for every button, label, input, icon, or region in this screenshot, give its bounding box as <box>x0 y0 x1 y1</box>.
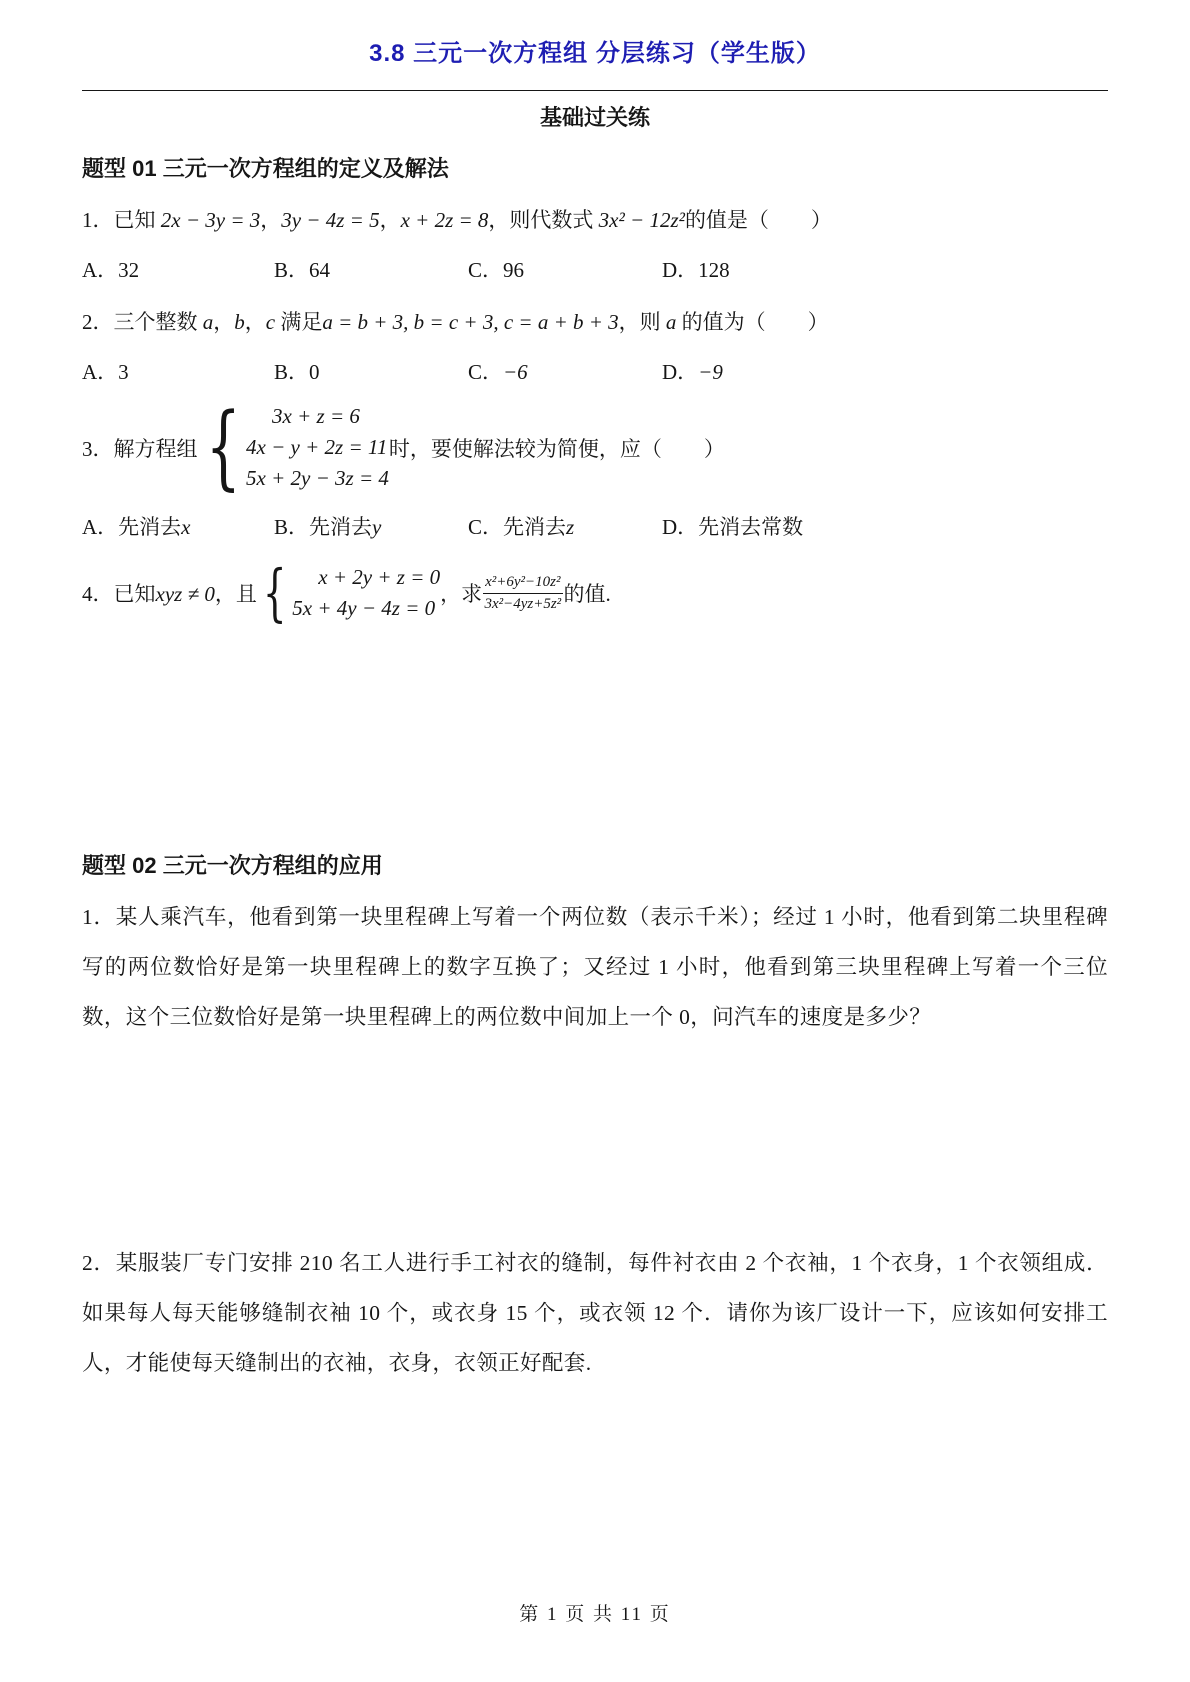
option-b: B．0 <box>274 357 468 387</box>
left-brace-glyph: { <box>263 565 287 621</box>
option-d: D．128 <box>662 255 1108 285</box>
question-3-prefix: 3．解方程组 <box>82 433 198 463</box>
fraction-numerator: x²+6y²−10z² <box>483 573 562 594</box>
option-a: A．先消去x <box>82 512 274 542</box>
question-4-prefix: 4．已知xyz ≠ 0，且 <box>82 578 257 608</box>
option-a: A．3 <box>82 357 274 387</box>
equation-2: 5x + 4y − 4z = 0 <box>292 593 440 624</box>
application-question-2: 2．某服装厂专门安排 210 名工人进行手工衬衣的缝制，每件衬衣由 2 个衣袖，… <box>82 1238 1108 1388</box>
left-brace-glyph: { <box>205 406 240 489</box>
option-c: C．−6 <box>468 357 662 387</box>
option-d: D．−9 <box>662 357 1108 387</box>
option-c: C．先消去z <box>468 512 662 542</box>
topic-02-heading: 题型 02 三元一次方程组的应用 <box>82 852 1108 880</box>
question-3-text: 3．解方程组 { 3x + z = 6 4x − y + 2z = 11 5x … <box>82 401 1108 494</box>
equation-1: 3x + z = 6 <box>246 401 389 432</box>
option-b: B．64 <box>274 255 468 285</box>
option-a: A．32 <box>82 255 274 285</box>
question-3-options: A．先消去x B．先消去y C．先消去z D．先消去常数 <box>82 512 1108 542</box>
fraction-expression: x²+6y²−10z² 3x²−4yz+5z² <box>483 573 562 614</box>
question-4-suffix: 的值. <box>564 578 611 608</box>
equation-1: x + 2y + z = 0 <box>292 562 440 593</box>
equation-3: 5x + 2y − 3z = 4 <box>246 463 389 494</box>
page-number-footer: 第 1 页 共 11 页 <box>0 1599 1190 1626</box>
question-1-text: 1．已知 2x − 3y = 3，3y − 4z = 5，x + 2z = 8，… <box>82 205 1108 235</box>
question-2-text: 2．三个整数 a，b，c 满足a = b + 3, b = c + 3, c =… <box>82 307 1108 337</box>
question-4-mid: ，求 <box>440 578 482 608</box>
question-1-options: A．32 B．64 C．96 D．128 <box>82 255 1108 285</box>
option-b: B．先消去y <box>274 512 468 542</box>
document-title: 3.8 三元一次方程组 分层练习（学生版） <box>82 38 1108 70</box>
header-divider <box>82 90 1108 91</box>
equation-system: 3x + z = 6 4x − y + 2z = 11 5x + 2y − 3z… <box>246 401 389 494</box>
topic-01-heading: 题型 01 三元一次方程组的定义及解法 <box>82 155 1108 183</box>
option-d: D．先消去常数 <box>662 512 1108 542</box>
section-title-basic-practice: 基础过关练 <box>82 103 1108 133</box>
question-4-text: 4．已知xyz ≠ 0，且 { x + 2y + z = 0 5x + 4y −… <box>82 562 1108 624</box>
page-content: 3.8 三元一次方程组 分层练习（学生版） 基础过关练 题型 01 三元一次方程… <box>0 0 1190 1388</box>
application-question-1: 1．某人乘汽车，他看到第一块里程碑上写着一个两位数（表示千米）；经过 1 小时，… <box>82 892 1108 1042</box>
question-2-options: A．3 B．0 C．−6 D．−9 <box>82 357 1108 387</box>
equation-2: 4x − y + 2z = 11 <box>246 432 389 463</box>
fraction-denominator: 3x²−4yz+5z² <box>484 594 561 614</box>
option-c: C．96 <box>468 255 662 285</box>
equation-system: x + 2y + z = 0 5x + 4y − 4z = 0 <box>292 562 440 624</box>
question-3-suffix: 时，要使解法较为简便，应（ ） <box>389 433 725 463</box>
